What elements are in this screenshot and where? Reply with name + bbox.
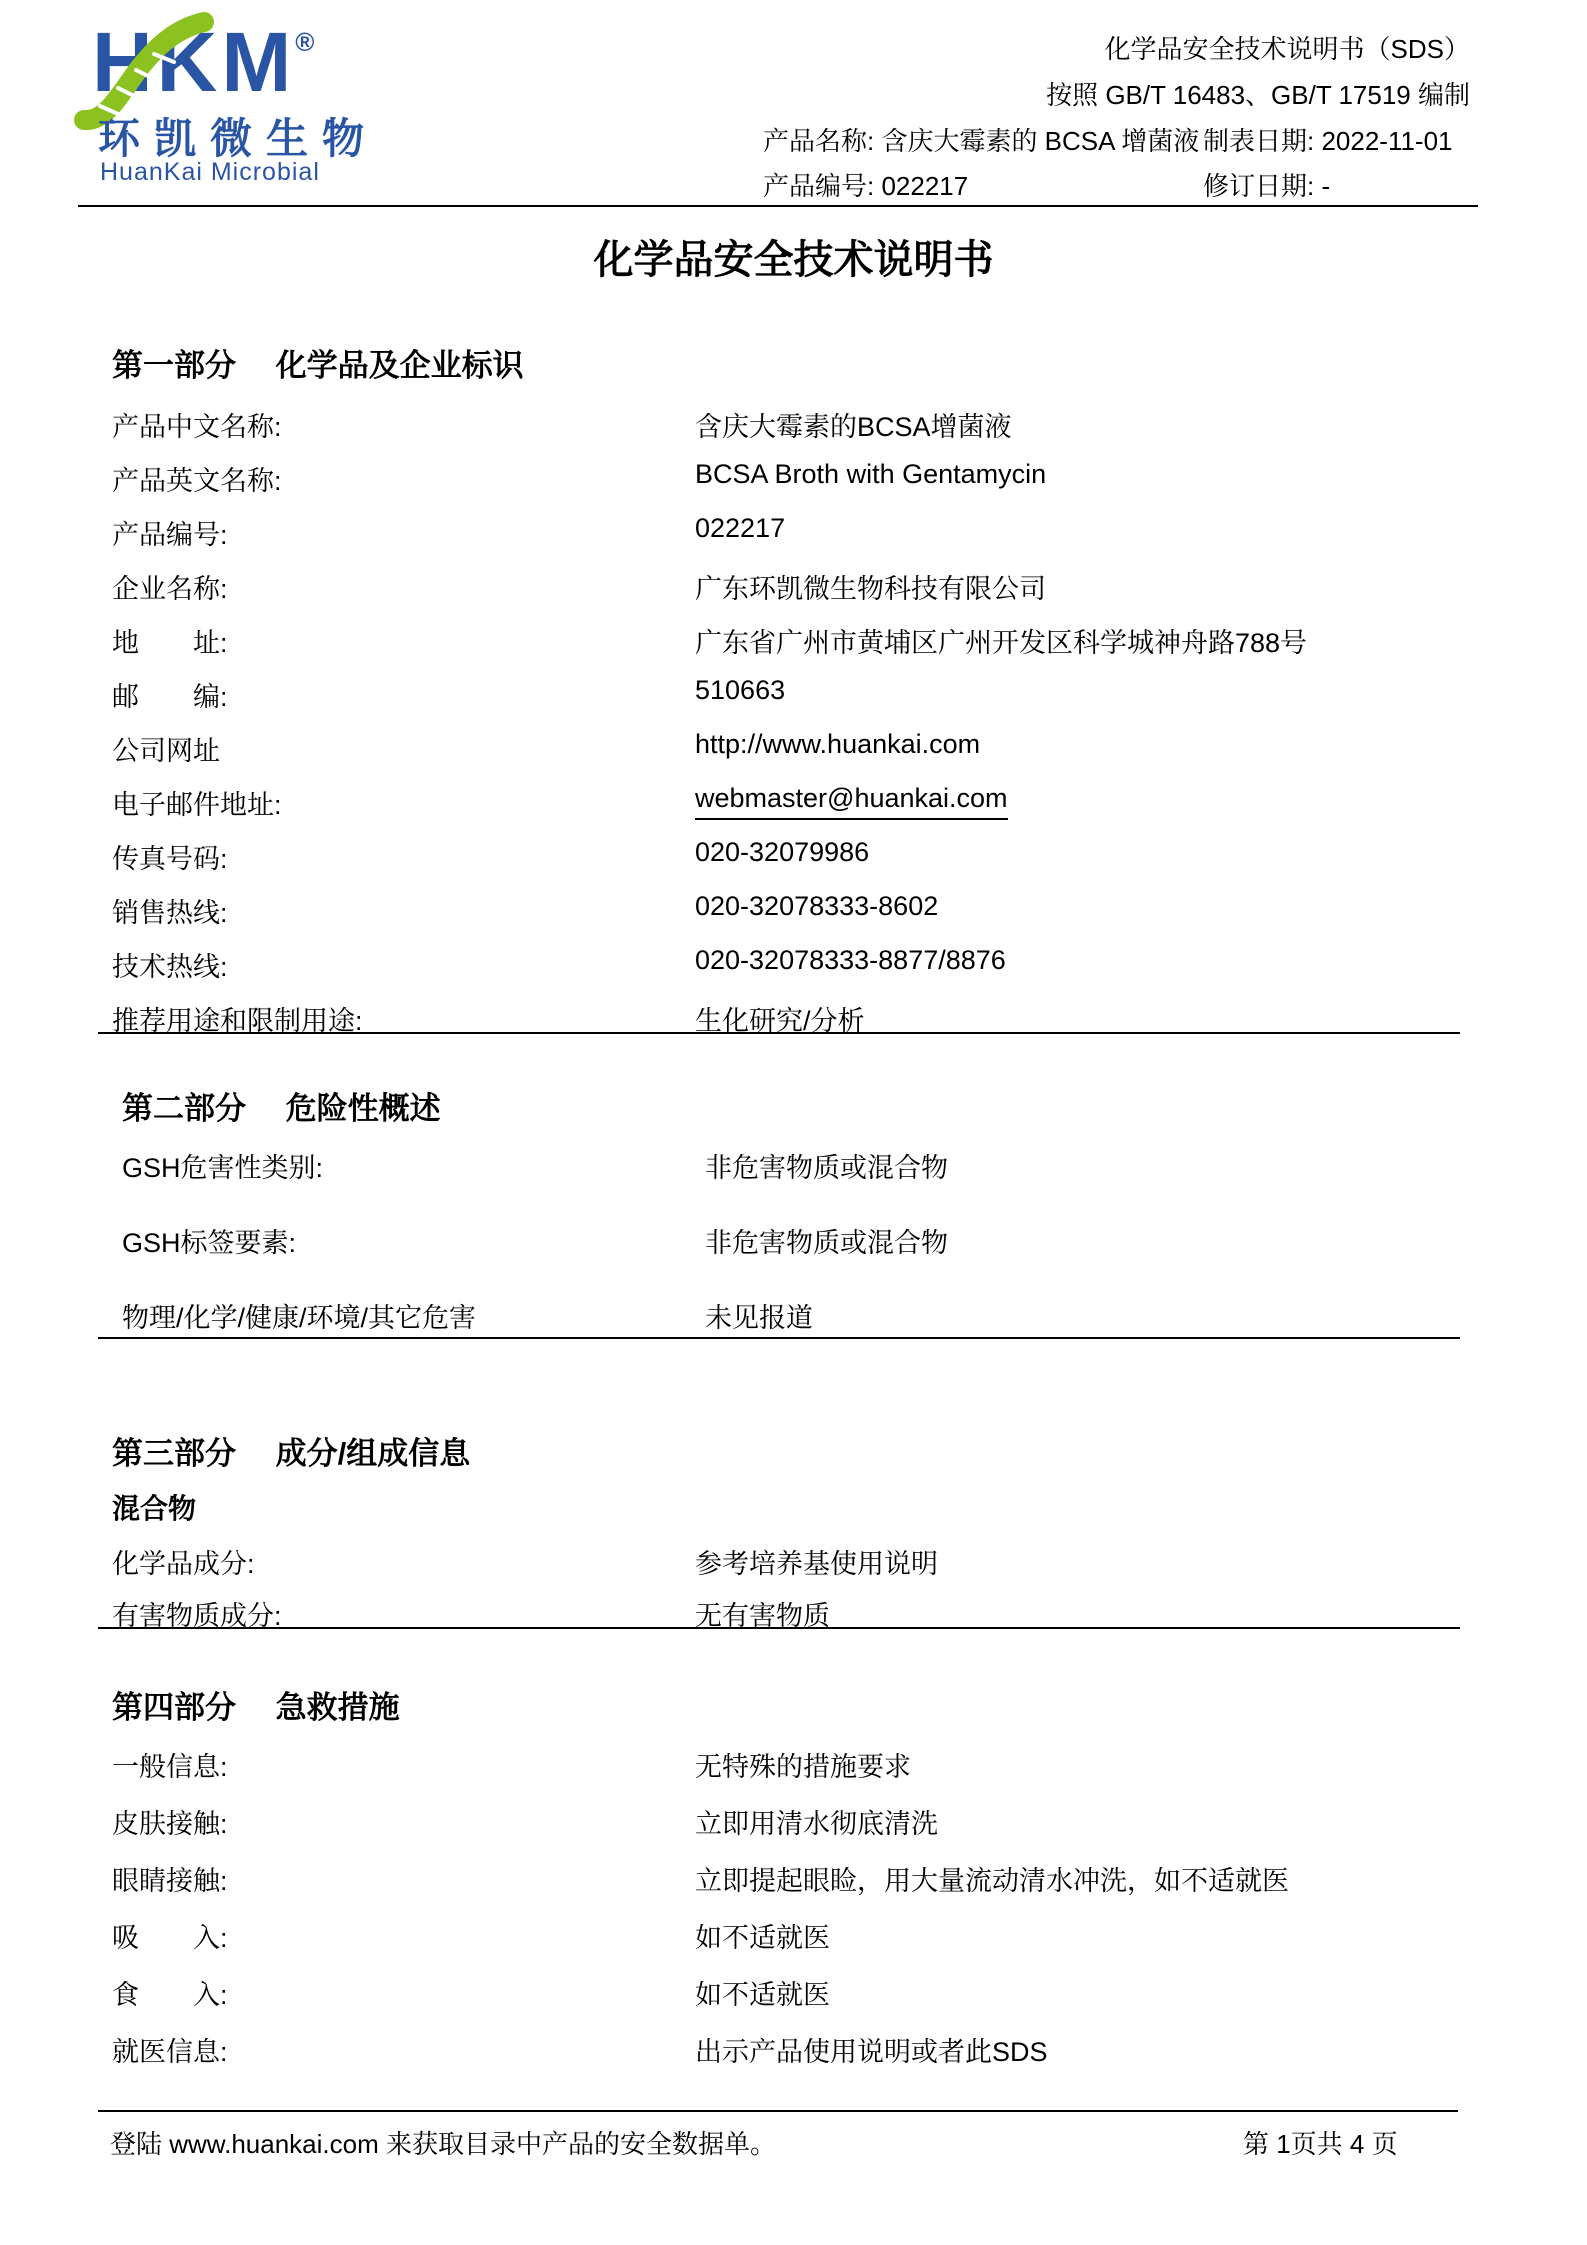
field-value: 非危害物质或混合物 [705, 1146, 948, 1185]
section-divider [98, 1032, 1460, 1034]
field-value: 广东省广州市黄埔区广州开发区科学城神舟路788号 [695, 621, 1307, 660]
company-website-url: http://www.huankai.com [695, 729, 980, 760]
header-divider [78, 205, 1478, 207]
field-value: 如不适就医 [695, 1973, 830, 2012]
field-value: 020-32078333-8877/8876 [695, 945, 1006, 976]
field-value: 广东环凯微生物科技有限公司 [695, 567, 1046, 606]
field-label: 产品英文名称: [112, 459, 282, 498]
email-link[interactable]: webmaster@huankai.com [695, 783, 1008, 820]
field-label: 眼睛接触: [112, 1859, 228, 1898]
field-label: 就医信息: [112, 2030, 228, 2069]
field-value: 非危害物质或混合物 [705, 1221, 948, 1260]
company-logo: HKM® 环凯微生物 HuanKai Microbial [0, 0, 430, 200]
field-value: 未见报道 [705, 1296, 813, 1335]
field-value: 020-32079986 [695, 837, 869, 868]
field-label: 吸 入: [112, 1916, 228, 1955]
field-label: 皮肤接触: [112, 1802, 228, 1841]
field-label: 电子邮件地址: [112, 783, 282, 822]
section-divider [98, 1627, 1460, 1629]
field-value: BCSA Broth with Gentamycin [695, 459, 1046, 490]
section3-subheading: 混合物 [112, 1487, 196, 1527]
field-label: 公司网址 [112, 729, 220, 768]
page-title: 化学品安全技术说明书 [0, 228, 1587, 285]
field-value: 出示产品使用说明或者此SDS [695, 2030, 1048, 2069]
header-doc-type: 化学品安全技术说明书（SDS） [1105, 29, 1470, 66]
field-value: 含庆大霉素的BCSA增菌液 [695, 405, 1012, 444]
field-label: 一般信息: [112, 1745, 228, 1784]
field-label: 化学品成分: [112, 1542, 255, 1581]
field-value: 020-32078333-8602 [695, 891, 938, 922]
sds-document-page: HKM® 环凯微生物 HuanKai Microbial 化学品安全技术说明书（… [0, 0, 1587, 2245]
registered-trademark-icon: ® [295, 27, 318, 57]
field-label: 地 址: [112, 621, 228, 660]
header-revised-date: 修订日期: - [1203, 166, 1330, 203]
field-value: 022217 [695, 513, 785, 544]
field-label: 邮 编: [112, 675, 228, 714]
logo-hkm-letters: HKM [92, 15, 295, 109]
header-product-code: 产品编号: 022217 [763, 166, 968, 203]
footer-divider [98, 2110, 1458, 2112]
logo-hkm-text: HKM® [92, 14, 318, 111]
field-label: 产品编号: [112, 513, 228, 552]
logo-chinese-name: 环凯微生物 [98, 106, 378, 166]
field-value: 立即用清水彻底清洗 [695, 1802, 938, 1841]
header-product-name: 产品名称: 含庆大霉素的 BCSA 增菌液 [763, 121, 1199, 158]
field-value: 立即提起眼睑，用大量流动清水冲洗，如不适就医 [695, 1859, 1289, 1898]
field-label: 企业名称: [112, 567, 228, 606]
header-standards: 按照 GB/T 16483、GB/T 17519 编制 [1046, 75, 1470, 112]
field-label: 技术热线: [112, 945, 228, 984]
section4-heading: 第四部分 急救措施 [112, 1682, 400, 1727]
field-label: 物理/化学/健康/环境/其它危害 [122, 1296, 476, 1335]
field-label: GSH危害性类别: [122, 1146, 323, 1185]
section1-heading: 第一部分 化学品及企业标识 [112, 340, 524, 385]
field-value: 510663 [695, 675, 785, 706]
section2-heading: 第二部分 危险性概述 [122, 1083, 441, 1128]
field-value: 无特殊的措施要求 [695, 1745, 911, 1784]
header-created-date: 制表日期: 2022-11-01 [1203, 121, 1453, 158]
field-label: 传真号码: [112, 837, 228, 876]
logo-english-name: HuanKai Microbial [100, 158, 320, 187]
field-label: 销售热线: [112, 891, 228, 930]
page-number: 第 1页共 4 页 [1243, 2124, 1398, 2161]
field-value: 如不适就医 [695, 1916, 830, 1955]
field-label: 产品中文名称: [112, 405, 282, 444]
field-label: 食 入: [112, 1973, 228, 2012]
section-divider [98, 1337, 1460, 1339]
field-label: GSH标签要素: [122, 1221, 296, 1260]
field-value: 参考培养基使用说明 [695, 1542, 938, 1581]
footer-note: 登陆 www.huankai.com 来获取目录中产品的安全数据单。 [110, 2124, 776, 2161]
section3-heading: 第三部分 成分/组成信息 [112, 1428, 470, 1473]
